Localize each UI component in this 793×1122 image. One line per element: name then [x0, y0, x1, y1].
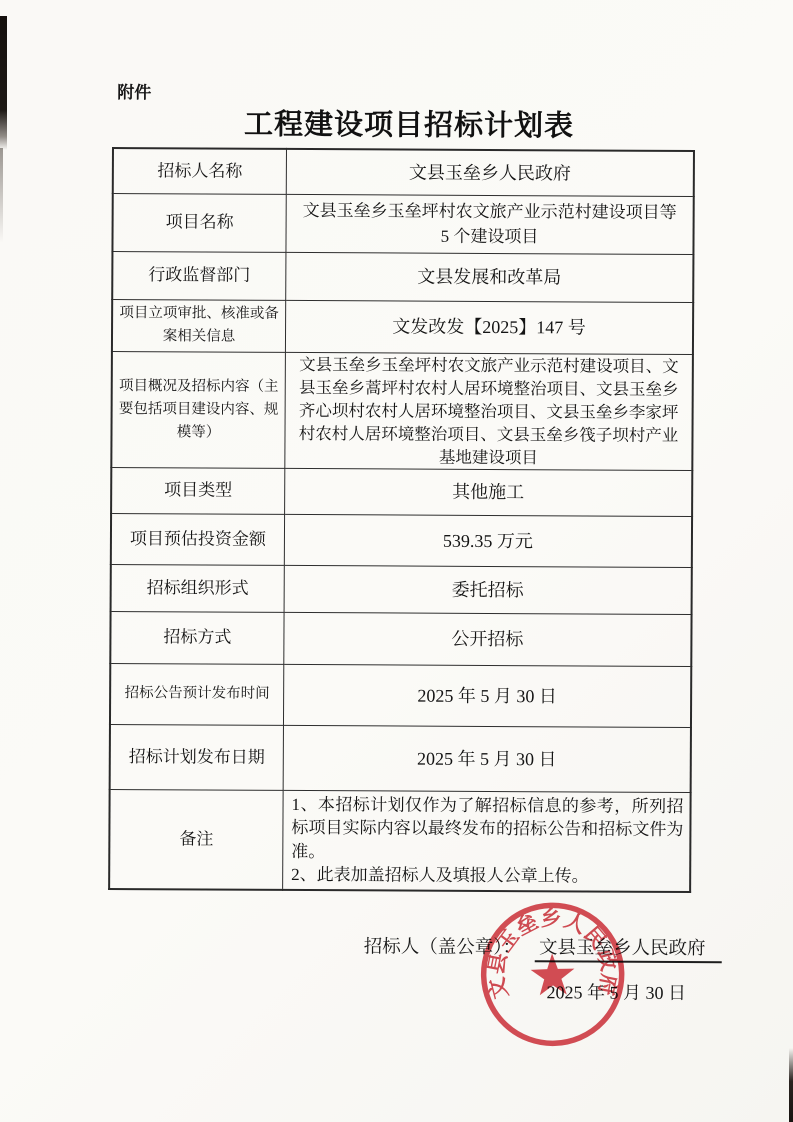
row-label: 项目名称: [112, 193, 286, 252]
official-stamp: 文县玉垒乡人民政府: [465, 887, 640, 1062]
page-title: 工程建设项目招标计划表: [112, 101, 706, 145]
row-label: 招标计划发布日期: [110, 724, 284, 790]
row-value: 文发改发【2025】147 号: [285, 300, 693, 354]
row-label: 招标公告预计发布时间: [110, 663, 284, 725]
table-row: 招标人名称 文县玉垒乡人民政府: [113, 148, 694, 196]
table-row: 行政监督部门 文县发展和改革局: [112, 251, 693, 302]
bidding-plan-table: 招标人名称 文县玉垒乡人民政府 项目名称 文县玉垒乡玉垒坪村农文旅产业示范村建设…: [108, 147, 695, 893]
row-label: 项目立项审批、核准或备 案相关信息: [112, 299, 286, 352]
star-icon: [530, 953, 575, 996]
table-row: 项目类型 其他施工: [111, 467, 692, 516]
row-label: 项目概况及招标内容（主 要包括项目建设内容、规 模等）: [111, 351, 285, 468]
table-row: 备注 1、本招标计划仅作为了解招标信息的参考，所列招标项目实际内容以最终发布的招…: [109, 789, 691, 892]
row-label: 招标方式: [110, 611, 284, 664]
row-label: 备注: [109, 789, 283, 890]
row-value: 委托招标: [284, 565, 692, 614]
row-value: 1、本招标计划仅作为了解招标信息的参考，所列招标项目实际内容以最终发布的招标公告…: [283, 790, 691, 892]
row-label: 招标人名称: [113, 148, 287, 194]
row-value: 2025 年 5 月 30 日: [283, 664, 691, 727]
table-row: 项目概况及招标内容（主 要包括项目建设内容、规 模等） 文县玉垒乡玉垒坪村农文旅…: [111, 351, 693, 470]
row-label: 行政监督部门: [112, 251, 286, 300]
stamp-text: 文县玉垒乡人民政府: [482, 904, 622, 1001]
stamp-text-container: 文县玉垒乡人民政府: [482, 904, 622, 1001]
row-label: 项目类型: [111, 467, 285, 514]
row-value: 文县玉垒乡人民政府: [286, 149, 694, 196]
table-row: 项目名称 文县玉垒乡玉垒坪村农文旅产业示范村建设项目等 5 个建设项目: [112, 193, 693, 254]
table-row: 项目立项审批、核准或备 案相关信息 文发改发【2025】147 号: [112, 299, 693, 354]
table-row: 项目预估投资金额 539.35 万元: [111, 513, 692, 567]
table-row: 招标方式 公开招标: [110, 611, 691, 666]
table-row: 招标组织形式 委托招标: [111, 564, 692, 614]
row-label: 招标组织形式: [111, 564, 285, 612]
row-value: 2025 年 5 月 30 日: [283, 725, 691, 792]
attachment-label: 附件: [117, 78, 151, 103]
row-value: 文县发展和改革局: [286, 252, 694, 302]
row-value: 539.35 万元: [284, 514, 692, 567]
scan-artifact-bottom-right-edge: [789, 1048, 793, 1122]
row-value: 文县玉垒乡玉垒坪村农文旅产业示范村建设项目、文 县玉垒乡蒿坪村农村人居环境整治项…: [285, 352, 693, 470]
table-row: 招标公告预计发布时间 2025 年 5 月 30 日: [110, 663, 691, 727]
row-value: 其他施工: [285, 468, 693, 516]
row-value: 公开招标: [284, 612, 692, 666]
row-value: 文县玉垒乡玉垒坪村农文旅产业示范村建设项目等 5 个建设项目: [286, 194, 694, 254]
table-row: 招标计划发布日期 2025 年 5 月 30 日: [110, 724, 691, 792]
row-label: 项目预估投资金额: [111, 513, 285, 565]
document-sheet: 附件 工程建设项目招标计划表 招标人名称 文县玉垒乡人民政府 项目名称 文县玉垒…: [0, 0, 793, 1122]
